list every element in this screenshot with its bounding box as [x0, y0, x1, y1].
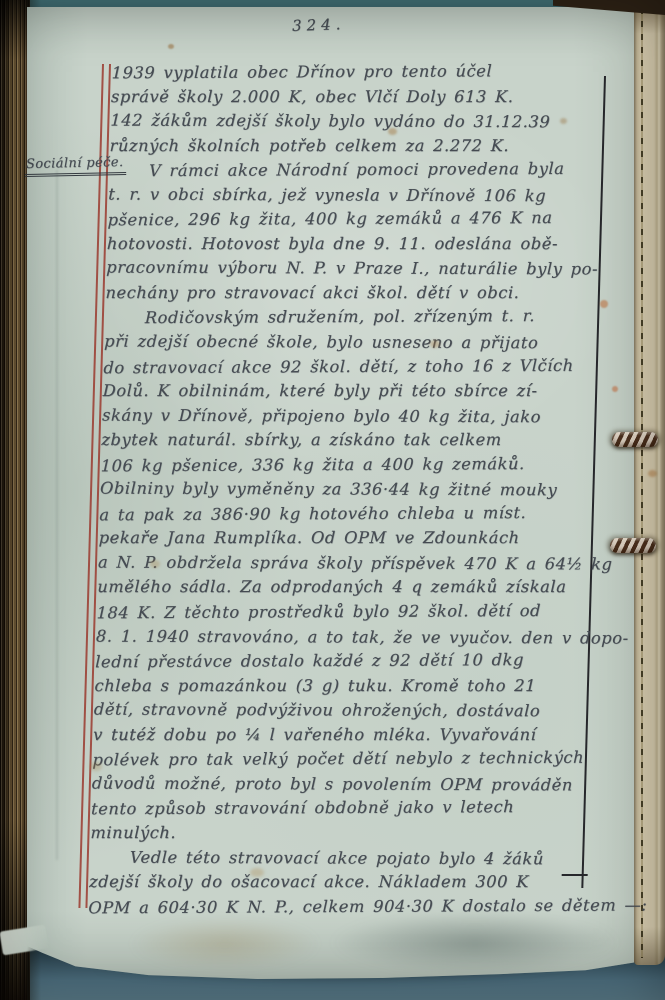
paper-crease [56, 170, 58, 860]
text-line: lední přestávce dostalo každé z 92 dětí … [95, 650, 594, 677]
text-line: dětí, stravovně podvýživou ohrožených, d… [93, 700, 592, 726]
text-line: 142 žákům zdejší školy bylo vydáno do 31… [110, 111, 609, 137]
page-number: 324. [292, 15, 346, 35]
text-line: t. r. v obci sbírka, jež vynesla v Dříno… [108, 184, 607, 210]
text-line: 8. 1. 1940 stravováno, a to tak, že ve v… [96, 626, 595, 652]
text-line: správě školy 2.000 K, obec Vlčí Doly 613… [111, 87, 610, 112]
stitch-thread [641, 8, 643, 958]
page-stack-edge [634, 5, 665, 965]
text-line: a N. P. obdržela správa školy příspěvek … [98, 552, 597, 578]
text-line: chleba s pomazánkou (3 g) tuku. Kromě to… [94, 676, 593, 701]
text-line: při zdejší obecné škole, bylo usneseno a… [104, 332, 603, 358]
text-line: OPM a 604·30 K N. P., celkem 904·30 K do… [88, 895, 587, 922]
text-line: V rámci akce Národní pomoci provedena by… [109, 159, 608, 186]
text-line: Obilniny byly vyměněny za 336·44 kg žitn… [100, 479, 599, 505]
binding-cord-bottom [610, 538, 656, 553]
binding-cord-top [612, 432, 658, 447]
text-line: nechány pro stravovací akci škol. dětí v… [105, 283, 604, 308]
text-line: polévek pro tak velký počet dětí nebylo … [92, 748, 591, 775]
text-line: skány v Dřínově, připojeno bylo 40 kg ži… [102, 405, 601, 431]
text-line: různých školních potřeb celkem za 2.272 … [109, 136, 608, 161]
text-line: do stravovací akce 92 škol. dětí, z toho… [103, 355, 602, 382]
text-line: pracovnímu výboru N. P. v Praze I., natu… [106, 258, 605, 284]
text-line: Rodičovským sdružením, pol. zřízeným t. … [104, 306, 603, 333]
text-line: důvodů možné, proto byl s povolením OPM … [91, 773, 590, 799]
text-line: pekaře Jana Rumplíka. Od OPM ve Zdounkác… [98, 528, 597, 553]
text-line: zdejší školy do ošacovací akce. Nákladem… [89, 872, 588, 897]
book-spine-edge [0, 0, 30, 1000]
text-line: 184 K. Z těchto prostředků bylo 92 škol.… [96, 601, 595, 628]
handwritten-body: 1939 vyplatila obec Dřínov pro tento úče… [88, 62, 610, 921]
text-line: hotovosti. Hotovost byla dne 9. 11. odes… [107, 234, 606, 259]
text-line: umělého sádla. Za odprodaných 4 q zemáků… [97, 577, 596, 602]
text-line: 1939 vyplatila obec Dřínov pro tento úče… [111, 61, 610, 88]
text-line: Dolů. K obilninám, které byly při této s… [102, 381, 601, 406]
text-line: v tutéž dobu po ¼ l vařeného mléka. Vyva… [93, 725, 592, 750]
text-line: tento způsob stravování obdobně jako v l… [91, 797, 590, 824]
book-photo-scene: 324. Sociální péče. 1939 vyplatila obec … [0, 0, 665, 1000]
text-line: zbytek naturál. sbírky, a získáno tak ce… [101, 430, 600, 455]
text-line: pšenice, 296 kg žita, 400 kg zemáků a 47… [107, 208, 606, 235]
text-line: minulých. [90, 823, 589, 848]
text-line: Vedle této stravovací akce pojato bylo 4… [89, 847, 588, 873]
text-line: 106 kg pšenice, 336 kg žita a 400 kg zem… [100, 453, 599, 480]
text-line: a ta pak za 386·90 kg hotového chleba u … [99, 503, 598, 530]
